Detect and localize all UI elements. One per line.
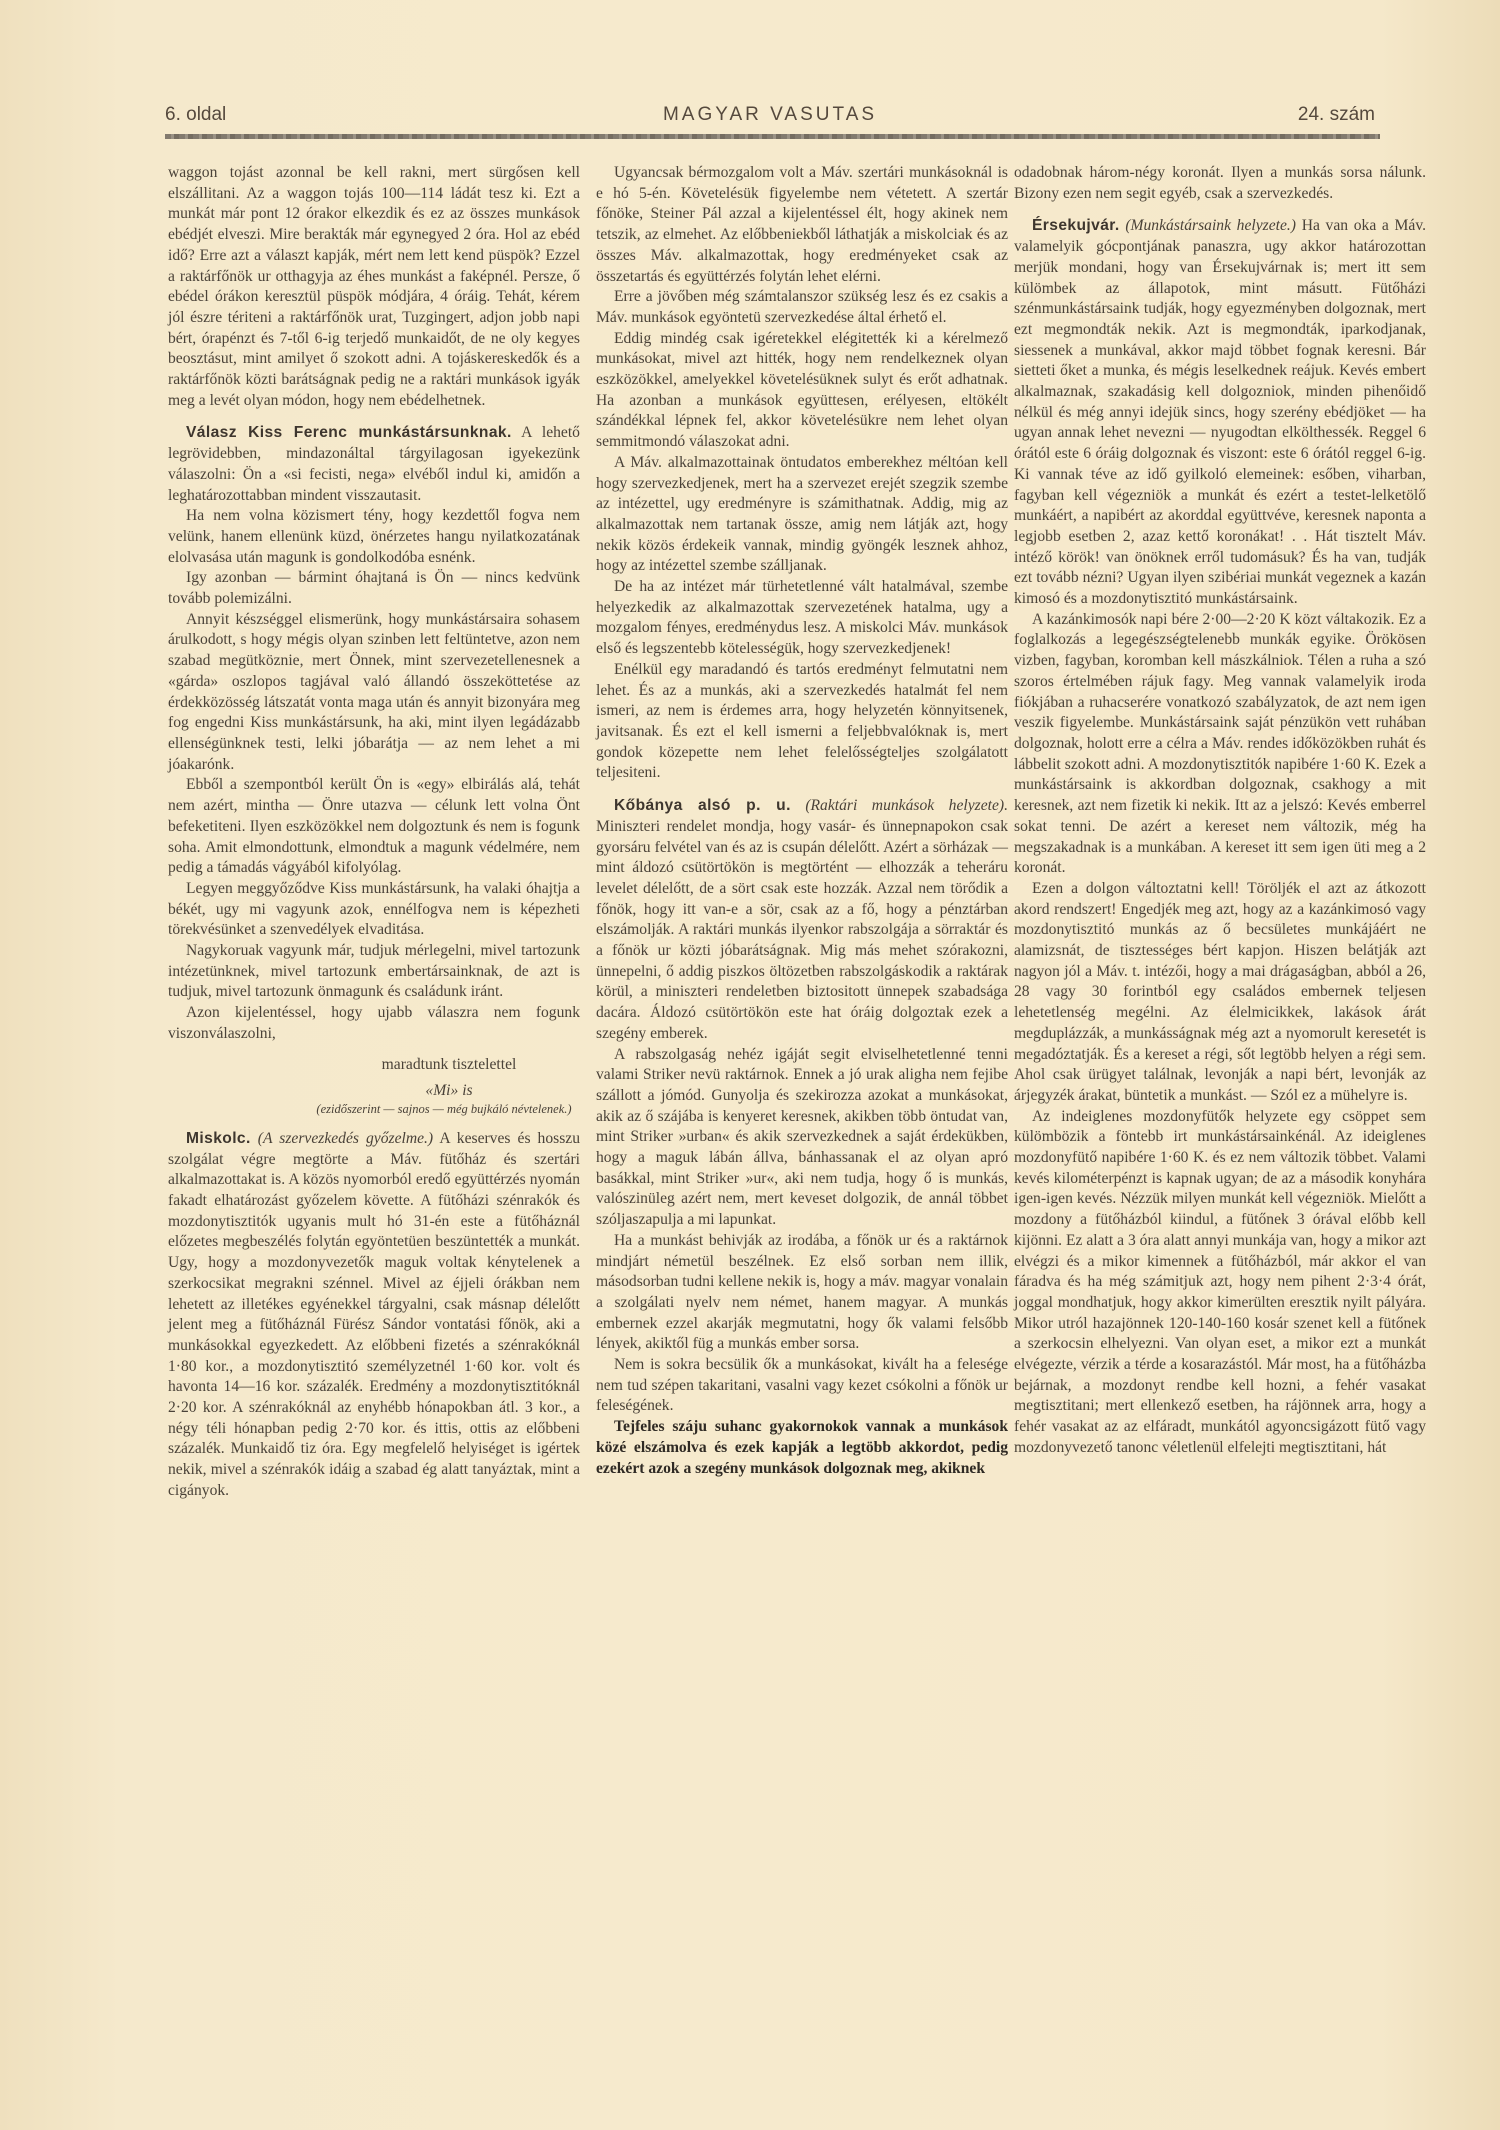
paragraph-text: Ha van oka a Máv. valamelyik gócpontjána… bbox=[1014, 217, 1426, 607]
page-header: 6. oldal MAGYAR VASUTAS 24. szám bbox=[165, 104, 1375, 134]
article-paragraph: Legyen meggyőződve Kiss munkástársunk, h… bbox=[168, 879, 580, 941]
article-paragraph: Ha a munkást behivják az irodába, a főnö… bbox=[596, 1231, 1008, 1355]
article-paragraph: Enélkül egy maradandó és tartós eredmény… bbox=[596, 660, 1008, 784]
issue-number: 24. szám bbox=[1298, 104, 1375, 126]
paragraph-text: Miniszteri rendelet mondja, hogy vasár- … bbox=[596, 818, 1008, 1042]
article-paragraph: Ebből a szempontból került Ön is «egy» e… bbox=[168, 775, 580, 879]
section-heading: Kőbánya alsó p. u. bbox=[614, 797, 791, 814]
article-paragraph: Erre a jövőben még számtalanszor szükség… bbox=[596, 287, 1008, 328]
section-subtitle: (A szervezkedés győzelme.) bbox=[258, 1130, 433, 1147]
section-heading: Miskolc. bbox=[186, 1130, 251, 1147]
article-paragraph: Ugyancsak bérmozgalom volt a Máv. szertá… bbox=[596, 163, 1008, 287]
column-2: Ugyancsak bérmozgalom volt a Máv. szertá… bbox=[596, 163, 1008, 1479]
article-paragraph: A rabszolgaság nehéz igáját segit elvise… bbox=[596, 1045, 1008, 1231]
article-paragraph: Azon kijelentéssel, hogy ujabb válaszra … bbox=[168, 1003, 580, 1044]
section-subtitle: (Munkástársaink helyzete.) bbox=[1125, 217, 1296, 234]
article-paragraph: Miskolc. (A szervezkedés győzelme.) A ke… bbox=[168, 1129, 580, 1502]
article-paragraph: waggon tojást azonnal be kell rakni, mer… bbox=[168, 163, 580, 411]
article-paragraph: Érsekujvár. (Munkástársaink helyzete.) H… bbox=[1014, 216, 1426, 609]
section-heading: Érsekujvár. bbox=[1032, 217, 1120, 234]
article-paragraph: odadobnak három-négy koronát. Ilyen a mu… bbox=[1014, 163, 1426, 204]
article-paragraph: Eddig mindég csak igéretekkel elégitetté… bbox=[596, 329, 1008, 453]
article-paragraph: A Máv. alkalmazottainak öntudatos embe­r… bbox=[596, 453, 1008, 577]
article-paragraph: Igy azonban — bármint óhajtaná is Ön — n… bbox=[168, 568, 580, 609]
column-1: waggon tojást azonnal be kell rakni, mer… bbox=[168, 163, 580, 1502]
article-paragraph: Annyit készséggel elismerünk, hogy munká… bbox=[168, 610, 580, 776]
article-paragraph: Tejfeles száju suhanc gyakornokok vannak… bbox=[596, 1417, 1008, 1479]
article-paragraph: Nem is sokra becsülik ők a munkásokat, k… bbox=[596, 1355, 1008, 1417]
section-subtitle: (Raktári munkások helyzete). bbox=[805, 797, 1008, 814]
article-paragraph: A kazánkimosók napi bére 2·00—2·20 K köz… bbox=[1014, 610, 1426, 879]
article-paragraph: Válasz Kiss Ferenc munkástársunknak. A l… bbox=[168, 423, 580, 506]
newspaper-title: MAGYAR VASUTAS bbox=[165, 104, 1375, 126]
article-paragraph: Nagykoruak vagyunk már, tudjuk mérlegeln… bbox=[168, 941, 580, 1003]
signature-name: «Mi» is bbox=[168, 1081, 580, 1102]
article-paragraph: Kőbánya alsó p. u. (Raktári munkások hel… bbox=[596, 796, 1008, 1044]
article-paragraph: Ha nem volna közismert tény, hogy kezdet… bbox=[168, 506, 580, 568]
article-paragraph: Az indeiglenes mozdonyfütők helyzete egy… bbox=[1014, 1107, 1426, 1459]
article-paragraph: Ezen a dolgon változtatni kell! Töröljék… bbox=[1014, 879, 1426, 1107]
section-heading: Válasz Kiss Ferenc munkástársunknak. bbox=[186, 424, 512, 441]
paragraph-text: A keserves és hosszu szolgálat végre meg… bbox=[168, 1130, 580, 1499]
newspaper-page: 6. oldal MAGYAR VASUTAS 24. szám waggon … bbox=[0, 0, 1500, 2130]
header-rule bbox=[165, 134, 1380, 139]
signature-note: (ezidőszerint — sajnos — még bujkáló név… bbox=[168, 1102, 580, 1117]
article-paragraph: De ha az intézet már türhetetlenné vált … bbox=[596, 577, 1008, 660]
signature-closing: maradtunk tisztelettel bbox=[168, 1055, 580, 1076]
column-3: odadobnak három-négy koronát. Ilyen a mu… bbox=[1014, 163, 1426, 1459]
